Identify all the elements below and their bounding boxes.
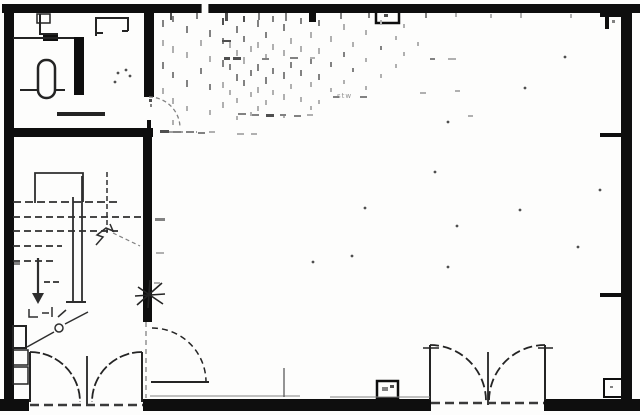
scan-noise-mark [430, 58, 435, 60]
scan-noise-mark [283, 50, 285, 56]
scan-noise-mark [265, 77, 267, 84]
scan-noise-mark [186, 52, 188, 58]
entrance-right-arc-b [489, 345, 545, 401]
scan-noise-mark [243, 36, 245, 42]
scan-noise-mark [318, 20, 320, 26]
scan-noise-mark [318, 100, 320, 104]
toilet-fixture [38, 60, 55, 98]
scan-noise-mark [310, 82, 312, 87]
scan-noise-mark [612, 20, 615, 23]
scan-noise-mark [318, 48, 320, 54]
scan-noise-mark [368, 13, 370, 18]
stair-rail-loop [55, 324, 63, 332]
scan-noise-mark [172, 98, 174, 104]
scan-noise-mark [186, 106, 188, 111]
scan-noise-mark [343, 52, 345, 57]
scan-noise-mark [14, 262, 20, 265]
pipe-corner-mark [40, 14, 58, 34]
scan-speck [447, 121, 450, 124]
scan-speck [117, 72, 120, 75]
scan-noise-mark [196, 13, 198, 19]
scan-noise-mark [229, 64, 231, 70]
wall-bottom-right-segment [544, 399, 640, 411]
scan-noise-mark [200, 68, 202, 74]
scan-noise-mark [150, 104, 152, 107]
scan-noise-mark [380, 20, 382, 25]
scan-noise-mark [209, 131, 215, 133]
staircase [13, 172, 143, 347]
scan-noise-mark [417, 42, 419, 46]
top-right-corner-column-v [605, 13, 609, 29]
top-wall-column-tick [309, 10, 316, 22]
scan-noise-mark [380, 74, 382, 78]
entrance-left-arc-b [92, 352, 142, 402]
scan-noise-mark [352, 68, 354, 72]
asterisk-stroke [135, 294, 165, 296]
right-wall-tick-upper [600, 133, 622, 137]
entrance-right-arc-a [430, 345, 486, 401]
scan-noise-mark [155, 218, 165, 221]
scan-noise-mark [243, 57, 245, 64]
scan-noise-mark [252, 114, 259, 116]
scan-noise-mark [236, 26, 238, 33]
scan-noise-mark [272, 44, 274, 50]
scan-noise-mark [280, 114, 286, 116]
wall-jamb-box [13, 326, 26, 348]
scan-noise-mark [237, 133, 244, 135]
scan-noise-mark [425, 13, 427, 18]
scan-noise-mark [162, 62, 164, 69]
scan-noise-mark [272, 16, 274, 22]
scan-noise-mark [156, 252, 164, 254]
scan-noise-mark [251, 133, 257, 135]
scan-noise-mark [365, 58, 367, 62]
wall-top [2, 4, 640, 13]
scan-noise-mark [283, 72, 285, 79]
stair-break-line [96, 224, 113, 245]
scan-noise-mark [310, 32, 312, 38]
scan-noise-mark [290, 57, 298, 59]
scan-noise-mark [352, 42, 354, 47]
left-wall-boxes [13, 326, 28, 384]
scan-noise-mark [330, 36, 332, 42]
scan-noise-mark [186, 131, 194, 133]
doors [30, 97, 553, 405]
scan-speck [129, 75, 132, 78]
scan-noise-mark [290, 62, 292, 68]
column-box-top-middle-dot [384, 14, 388, 17]
scan-noise-mark [343, 24, 345, 30]
scan-noise-mark [257, 42, 259, 48]
scan-noise-mark [360, 96, 367, 98]
scan-noise-mark [229, 90, 231, 95]
scan-noise-mark [236, 50, 238, 56]
scan-noise-mark [238, 113, 246, 115]
scan-noise-mark [222, 60, 224, 67]
scan-noise-mark [265, 32, 267, 38]
scan-noise-mark [455, 90, 460, 92]
scan-noise-mark [490, 14, 492, 18]
scan-speck [447, 266, 450, 269]
scan-noise-mark [403, 52, 405, 56]
scan-speck [125, 69, 128, 72]
wall-bottom-left-segment [0, 399, 29, 411]
scan-noise-mark [173, 131, 181, 133]
scan-noise-mark [266, 114, 274, 117]
scan-noise-mark [250, 92, 252, 97]
scan-noise-mark [186, 26, 188, 33]
scan-noise-mark [318, 74, 320, 80]
columns [376, 10, 627, 398]
scan-noise-mark [265, 100, 267, 105]
scan-noise-mark [262, 58, 269, 60]
scan-speck [456, 225, 459, 228]
scan-noise-mark [236, 116, 238, 120]
scan-noise-mark [283, 24, 285, 31]
scan-noise-mark [403, 24, 405, 28]
scan-noise-mark [380, 46, 382, 50]
wall-bottom-middle-segment [143, 399, 431, 411]
stair-landing-outline [35, 173, 83, 203]
scan-speck [564, 56, 567, 59]
scan-noise-mark [300, 46, 302, 52]
scan-noise-mark [300, 97, 302, 102]
scan-noise-mark [420, 92, 426, 94]
scan-noise-mark [236, 98, 238, 103]
scan-noise-mark [225, 13, 228, 21]
scan-noise-mark [382, 387, 388, 391]
scan-noise-mark [310, 106, 312, 110]
stair-diagonal-rail [65, 312, 88, 324]
scan-noise-mark [172, 16, 174, 22]
scan-noise-mark [257, 20, 259, 27]
scan-noise-mark [236, 74, 238, 81]
scan-noise-mark [300, 70, 302, 76]
entrance-left-arc-a [30, 352, 80, 402]
scan-noise-mark [455, 13, 457, 17]
scan-noise-mark [243, 80, 245, 86]
scan-noise-mark [330, 62, 332, 67]
scan-noise-mark [224, 57, 230, 60]
floor-plan-drawing: stw [0, 0, 640, 415]
scan-speck [599, 189, 602, 192]
scan-noise-mark [229, 42, 231, 48]
top-right-corner-column-h [600, 13, 621, 17]
scan-noise-mark [222, 40, 231, 42]
scan-noise-mark [365, 30, 367, 35]
scan-speck [524, 87, 527, 90]
pipe-corner-box [37, 14, 50, 23]
scan-noise-mark [290, 84, 292, 89]
wall-toilet-partition [74, 37, 84, 95]
scan-speck [312, 261, 315, 264]
wall-joint-gap [201, 4, 209, 13]
bench-counter [57, 112, 105, 116]
scan-noise-mark [170, 13, 172, 20]
scan-noise-mark [257, 64, 259, 71]
handwritten-note-stroke [29, 309, 38, 317]
washroom [13, 14, 128, 116]
scan-noise-mark [283, 94, 285, 100]
scan-noise-mark [570, 14, 572, 18]
stair-diagonal-rail [27, 332, 54, 347]
scan-noise-mark [222, 82, 224, 88]
scan-noise-mark [222, 102, 224, 108]
scan-noise-mark [395, 64, 397, 68]
scan-speck [364, 207, 367, 210]
handwritten-note-stroke [58, 310, 66, 317]
scan-noise-mark [149, 99, 152, 102]
scan-speck [114, 81, 117, 84]
scan-noise-mark [610, 386, 613, 388]
top-wall-joint [201, 4, 209, 13]
scan-noise-mark [162, 20, 164, 27]
scan-noise-mark [250, 46, 252, 52]
suite-door-arc [149, 97, 180, 128]
scan-noise-mark [520, 13, 522, 18]
scan-noise-mark [257, 87, 259, 93]
wall-jamb-box [13, 367, 28, 384]
scan-noise-mark [250, 70, 252, 76]
scan-noise-mark [172, 72, 174, 78]
wall-suite-vertical-upper [144, 4, 154, 97]
scan-noise-mark [258, 13, 260, 20]
scan-noise-mark [186, 80, 188, 87]
scan-noise-mark [209, 30, 211, 37]
scan-noise-mark [250, 112, 252, 116]
scan-noise-mark [160, 130, 169, 133]
scan-noise-mark [285, 13, 287, 21]
scan-noise-mark [365, 86, 367, 90]
scan-noise-mark [257, 106, 259, 111]
stair-break-leader [113, 233, 140, 246]
scan-noise-mark [290, 38, 292, 44]
scan-noise-mark [172, 46, 174, 53]
scan-noise-mark [162, 40, 164, 46]
wall-junction-tick [147, 120, 151, 128]
wall-stair-room-top [8, 128, 153, 137]
stair-door-arc [152, 328, 206, 382]
scan-noise-mark [172, 120, 174, 125]
scan-noise-mark [300, 18, 302, 24]
scan-noise-mark [272, 90, 274, 95]
scan-noise-mark [209, 84, 211, 90]
scan-noise-mark [243, 16, 245, 22]
scan-speck [519, 209, 522, 212]
scan-noise-mark [154, 282, 160, 284]
floor-plan-sheet: stw [0, 0, 640, 415]
scan-noise-mark [209, 110, 211, 115]
scan-noise-mark [468, 115, 473, 117]
scan-noise-mark [310, 57, 315, 59]
wall-right [621, 4, 632, 411]
scan-noise-mark [340, 13, 342, 19]
stair-direction-arrow-head [32, 293, 44, 304]
scan-noise-mark [272, 68, 274, 74]
scan-noise-mark [390, 385, 394, 388]
scan-speck [351, 255, 354, 258]
scan-noise-mark [162, 88, 164, 94]
ghost-text-label: stw [337, 92, 352, 100]
scan-noise-mark [222, 18, 224, 25]
scan-noise-mark [343, 80, 345, 84]
scan-noise-mark [307, 114, 313, 116]
scan-noise-mark [198, 132, 205, 134]
scan-noise-mark [330, 88, 332, 92]
scan-speck [434, 171, 437, 174]
scan-noise-mark [200, 40, 202, 46]
scan-noise-mark [448, 58, 456, 60]
scan-noise-mark [233, 57, 241, 60]
scan-speck [577, 246, 580, 249]
scan-noise-mark [209, 56, 211, 62]
wall-jamb-box [13, 350, 28, 365]
right-wall-tick-lower [600, 293, 622, 297]
scan-noise-mark [294, 115, 301, 117]
scan-noise-mark [395, 36, 397, 40]
